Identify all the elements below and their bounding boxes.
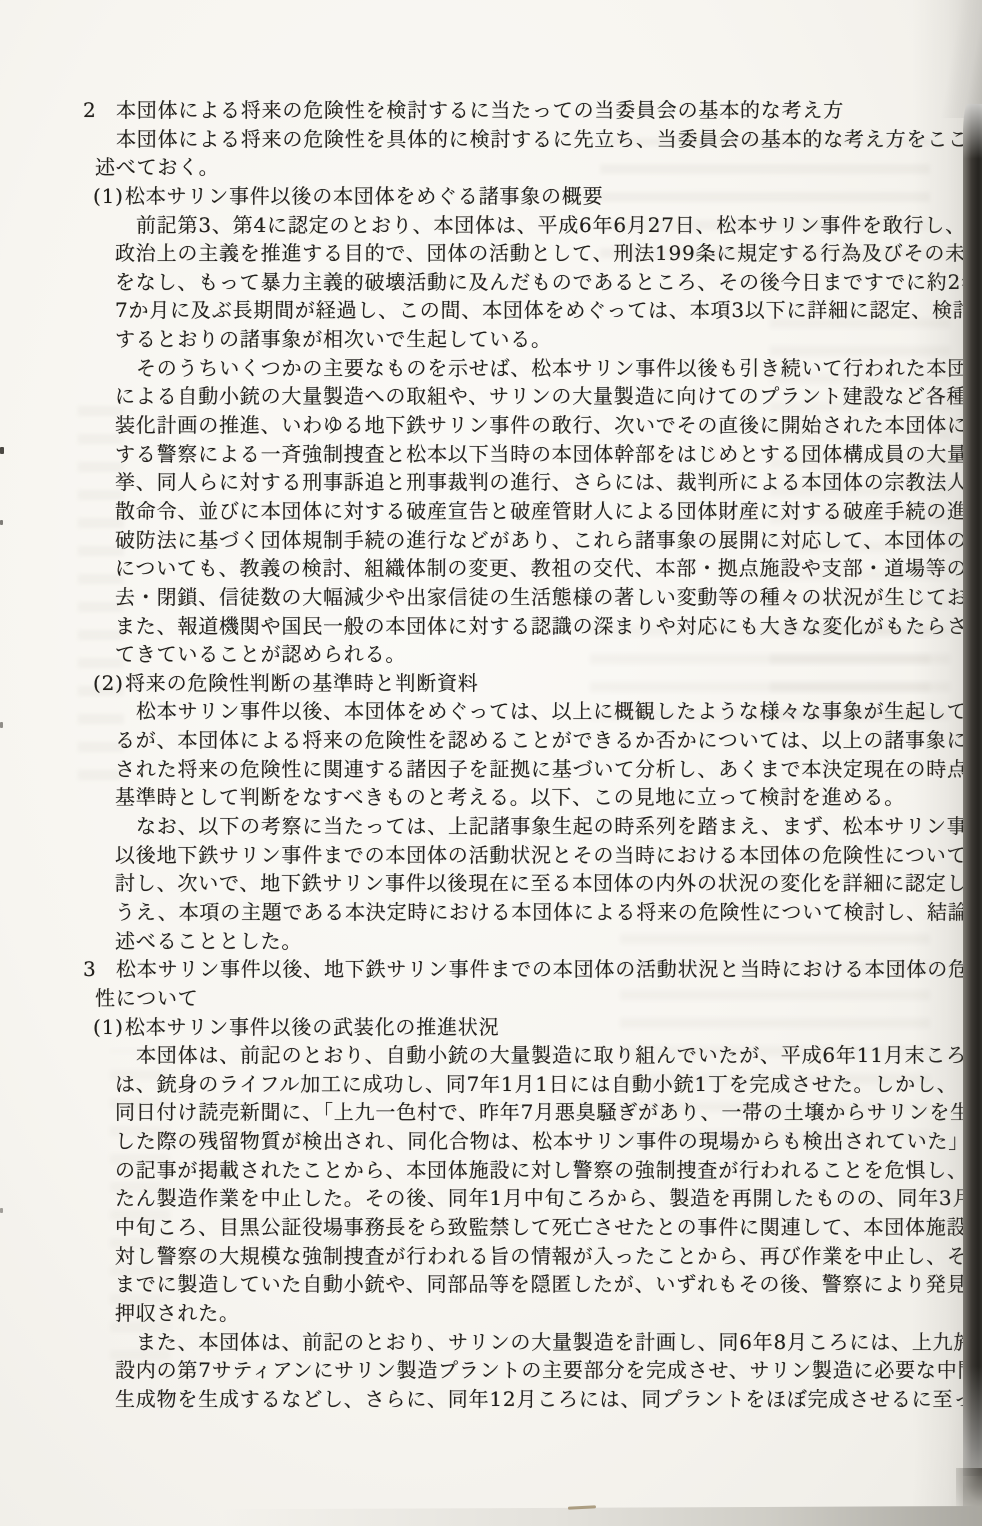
item-number: 3 (83, 955, 116, 984)
line-text: をなし、もって暴力主義的破壊活動に及んだものであるところ、その後今日まですでに約… (115, 270, 982, 294)
line-text: 基準時として判断をなすべきものと考える。以下、この見地に立って検討を進める。 (115, 785, 905, 809)
text-line: 述べることとした。 (0, 927, 982, 956)
line-text: 中旬ころ、目黒公証役場事務長をら致監禁して死亡させたとの事件に関連して、本団体施… (115, 1215, 982, 1239)
line-text: 以後地下鉄サリン事件までの本団体の活動状況とその当時における本団体の危険性につい… (115, 843, 982, 867)
text-line: するとおりの諸事象が相次いで生起している。 (0, 325, 982, 354)
page-edge-top-right (936, 0, 982, 118)
text-line: 去・閉鎖、信徒数の大幅減少や出家信徒の生活態様の著しい変動等の種々の状況が生じて… (0, 583, 982, 612)
line-text: 性について (95, 986, 199, 1010)
line-text: 押収された。 (115, 1301, 240, 1325)
line-text: 述べることとした。 (115, 929, 302, 953)
text-line: は、銃身のライフル加工に成功し、同7年1月1日には自動小銃1丁を完成させた。しか… (0, 1070, 982, 1099)
line-text: する警察による一斉強制捜査と松本以下当時の本団体幹部をはじめとする団体構成員の大… (115, 442, 982, 466)
line-text: までに製造していた自動小銃や、同部品等を隠匿したが、いずれもその後、警察により発… (115, 1272, 982, 1296)
text-line: てきていることが認められる。 (0, 640, 982, 669)
line-text: 破防法に基づく団体規制手続の進行などがあり、これら諸事象の展開に対応して、本団体… (115, 528, 982, 552)
text-line: 対し警察の大規模な強制捜査が行われる旨の情報が入ったことから、再び作業を中止し、… (0, 1242, 982, 1271)
text-line: また、報道機関や国民一般の本団体に対する認識の深まりや対応にも大きな変化がもたら… (0, 612, 982, 641)
text-line: による自動小銃の大量製造への取組や、サリンの大量製造に向けてのプラント建設など各… (0, 382, 982, 411)
scan-speck (0, 1208, 3, 1213)
line-text: 将来の危険性判断の基準時と判断資料 (125, 671, 479, 695)
line-text: 政治上の主義を推進する目的で、団体の活動として、刑法199条に規定する行為及びそ… (115, 241, 982, 265)
text-line: 本団体による将来の危険性を具体的に検討するに先立ち、当委員会の基本的な考え方をこ… (0, 125, 982, 154)
text-line: 基準時として判断をなすべきものと考える。以下、この見地に立って検討を進める。 (0, 783, 982, 812)
line-text: 松本サリン事件以後の本団体をめぐる諸事象の概要 (125, 184, 603, 208)
line-text: 同日付け読売新聞に、「上九一色村で、昨年7月悪臭騒ぎがあり、一帯の土壌からサリン… (115, 1100, 982, 1124)
line-text: 本団体による将来の危険性を検討するに当たっての当委員会の基本的な考え方 (116, 98, 844, 122)
text-line: うえ、本項の主題である本決定時における本団体による将来の危険性について検討し、結… (0, 898, 982, 927)
page-edge-bottom-shadow (222, 1506, 982, 1526)
scan-speck (0, 447, 4, 454)
line-text: 松本サリン事件以後、地下鉄サリン事件までの本団体の活動状況と当時における本団体の… (116, 957, 982, 981)
text-line: 装化計画の推進、いわゆる地下鉄サリン事件の敢行、次いでその直後に開始された本団体… (0, 411, 982, 440)
line-text: した際の残留物質が検出され、同化合物は、松本サリン事件の現場からも検出されていた… (115, 1129, 982, 1153)
text-line: そのうちいくつかの主要なものを示せば、松本サリン事件以後も引き続いて行われた本団… (0, 354, 982, 383)
text-line: についても、教義の検討、組織体制の変更、教祖の交代、本部・拠点施設や支部・道場等… (0, 554, 982, 583)
text-line: るが、本団体による将来の危険性を認めることができるか否かについては、以上の諸事象… (0, 726, 982, 755)
line-text: 対し警察の大規模な強制捜査が行われる旨の情報が入ったことから、再び作業を中止し、… (115, 1244, 982, 1268)
text-line: 押収された。 (0, 1299, 982, 1328)
line-text: 松本サリン事件以後、本団体をめぐっては、以上に概観したような様々な事象が生起して… (136, 699, 982, 723)
line-text: たん製造作業を中止した。その後、同年1月中旬ころから、製造を再開したものの、同年… (115, 1186, 973, 1210)
line-text: てきていることが認められる。 (115, 642, 406, 666)
text-line: 7か月に及ぶ長期間が経過し、この間、本団体をめぐっては、本項3以下に詳細に認定、… (0, 296, 982, 325)
text-line: をなし、もって暴力主義的破壊活動に及んだものであるところ、その後今日まですでに約… (0, 268, 982, 297)
line-text: 設内の第7サティアンにサリン製造プラントの主要部分を完成させ、サリン製造に必要な… (115, 1358, 978, 1382)
text-line: 政治上の主義を推進する目的で、団体の活動として、刑法199条に規定する行為及びそ… (0, 239, 982, 268)
line-text: による自動小銃の大量製造への取組や、サリンの大量製造に向けてのプラント建設など各… (115, 384, 982, 408)
line-text: 討し、次いで、地下鉄サリン事件以後現在に至る本団体の内外の状況の変化を詳細に認定… (115, 871, 982, 895)
text-line: 討し、次いで、地下鉄サリン事件以後現在に至る本団体の内外の状況の変化を詳細に認定… (0, 869, 982, 898)
line-text: された将来の危険性に関連する諸因子を証拠に基づいて分析し、あくまで本決定現在の時… (115, 757, 982, 781)
text-line: たん製造作業を中止した。その後、同年1月中旬ころから、製造を再開したものの、同年… (0, 1184, 982, 1213)
item-number: (1) (93, 1013, 125, 1042)
line-text: 述べておく。 (95, 155, 219, 179)
text-line: 述べておく。 (0, 153, 982, 182)
text-line: 中旬ころ、目黒公証役場事務長をら致監禁して死亡させたとの事件に関連して、本団体施… (0, 1213, 982, 1242)
text-line: までに製造していた自動小銃や、同部品等を隠匿したが、いずれもその後、警察により発… (0, 1270, 982, 1299)
text-line: の記事が掲載されたことから、本団体施設に対し警察の強制捜査が行われることを危惧し… (0, 1156, 982, 1185)
text-line: 同日付け読売新聞に、「上九一色村で、昨年7月悪臭騒ぎがあり、一帯の土壌からサリン… (0, 1098, 982, 1127)
scan-speck (0, 520, 3, 525)
line-text: 挙、同人らに対する刑事訴追と刑事裁判の進行、さらには、裁判所による本団体の宗教法… (115, 470, 982, 494)
page-text: 2本団体による将来の危険性を検討するに当たっての当委員会の基本的な考え方本団体に… (0, 96, 982, 1413)
text-line: 以後地下鉄サリン事件までの本団体の活動状況とその当時における本団体の危険性につい… (0, 841, 982, 870)
text-line: された将来の危険性に関連する諸因子を証拠に基づいて分析し、あくまで本決定現在の時… (0, 755, 982, 784)
line-text: 本団体による将来の危険性を具体的に検討するに先立ち、当委員会の基本的な考え方をこ… (116, 127, 982, 151)
text-line: した際の残留物質が検出され、同化合物は、松本サリン事件の現場からも検出されていた… (0, 1127, 982, 1156)
line-text: 本団体は、前記のとおり、自動小銃の大量製造に取り組んでいたが、平成6年11月末こ… (136, 1043, 982, 1067)
line-text: また、本団体は、前記のとおり、サリンの大量製造を計画し、同6年8月ころには、上九… (136, 1330, 974, 1354)
heading-line: (2)将来の危険性判断の基準時と判断資料 (0, 669, 982, 698)
line-text: 7か月に及ぶ長期間が経過し、この間、本団体をめぐっては、本項3以下に詳細に認定、… (115, 298, 974, 322)
line-text: 散命令、並びに本団体に対する破産宣告と破産管財人による団体財産に対する破産手続の… (115, 499, 982, 523)
text-line: 前記第3、第4に認定のとおり、本団体は、平成6年6月27日、松本サリン事件を敢行… (0, 211, 982, 240)
line-text: なお、以下の考察に当たっては、上記諸事象生起の時系列を踏まえ、まず、松本サリン事… (136, 814, 982, 838)
text-line: また、本団体は、前記のとおり、サリンの大量製造を計画し、同6年8月ころには、上九… (0, 1328, 982, 1357)
text-line: する警察による一斉強制捜査と松本以下当時の本団体幹部をはじめとする団体構成員の大… (0, 440, 982, 469)
text-line: 破防法に基づく団体規制手続の進行などがあり、これら諸事象の展開に対応して、本団体… (0, 526, 982, 555)
line-text: るが、本団体による将来の危険性を認めることができるか否かについては、以上の諸事象… (115, 728, 982, 752)
text-line: 性について (0, 984, 982, 1013)
line-text: 装化計画の推進、いわゆる地下鉄サリン事件の敢行、次いでその直後に開始された本団体… (115, 413, 982, 437)
line-text: は、銃身のライフル加工に成功し、同7年1月1日には自動小銃1丁を完成させた。しか… (115, 1072, 958, 1096)
heading-line: (1)松本サリン事件以後の武装化の推進状況 (0, 1013, 982, 1042)
scanned-page: 2本団体による将来の危険性を検討するに当たっての当委員会の基本的な考え方本団体に… (0, 0, 982, 1526)
line-text: 松本サリン事件以後の武装化の推進状況 (125, 1015, 499, 1039)
text-line: 散命令、並びに本団体に対する破産宣告と破産管財人による団体財産に対する破産手続の… (0, 497, 982, 526)
text-line: 生成物を生成するなどし、さらに、同年12月ころには、同プラントをほぼ完成させるに… (0, 1385, 982, 1414)
item-number: (2) (93, 669, 125, 698)
item-number: 2 (83, 96, 116, 125)
item-number: (1) (93, 182, 125, 211)
line-text: の記事が掲載されたことから、本団体施設に対し警察の強制捜査が行われることを危惧し… (115, 1158, 982, 1182)
line-text: そのうちいくつかの主要なものを示せば、松本サリン事件以後も引き続いて行われた本団… (136, 356, 982, 380)
heading-line: 3松本サリン事件以後、地下鉄サリン事件までの本団体の活動状況と当時における本団体… (0, 955, 982, 984)
heading-line: 2本団体による将来の危険性を検討するに当たっての当委員会の基本的な考え方 (0, 96, 982, 125)
text-line: なお、以下の考察に当たっては、上記諸事象生起の時系列を踏まえ、まず、松本サリン事… (0, 812, 982, 841)
text-line: 松本サリン事件以後、本団体をめぐっては、以上に概観したような様々な事象が生起して… (0, 697, 982, 726)
line-text: うえ、本項の主題である本決定時における本団体による将来の危険性について検討し、結… (115, 900, 982, 924)
text-line: 本団体は、前記のとおり、自動小銃の大量製造に取り組んでいたが、平成6年11月末こ… (0, 1041, 982, 1070)
text-line: 挙、同人らに対する刑事訴追と刑事裁判の進行、さらには、裁判所による本団体の宗教法… (0, 468, 982, 497)
line-text: 去・閉鎖、信徒数の大幅減少や出家信徒の生活態様の著しい変動等の種々の状況が生じて… (115, 585, 982, 609)
line-text: するとおりの諸事象が相次いで生起している。 (115, 327, 552, 351)
text-line: 設内の第7サティアンにサリン製造プラントの主要部分を完成させ、サリン製造に必要な… (0, 1356, 982, 1385)
line-text: 前記第3、第4に認定のとおり、本団体は、平成6年6月27日、松本サリン事件を敢行… (136, 213, 966, 237)
line-text: についても、教義の検討、組織体制の変更、教祖の交代、本部・拠点施設や支部・道場等… (115, 556, 982, 580)
book-spine-shadow (963, 104, 982, 1476)
line-text: また、報道機関や国民一般の本団体に対する認識の深まりや対応にも大きな変化がもたら… (115, 614, 982, 638)
line-text: 生成物を生成するなどし、さらに、同年12月ころには、同プラントをほぼ完成させるに… (115, 1387, 982, 1411)
scan-speck (0, 722, 3, 728)
heading-line: (1)松本サリン事件以後の本団体をめぐる諸事象の概要 (0, 182, 982, 211)
